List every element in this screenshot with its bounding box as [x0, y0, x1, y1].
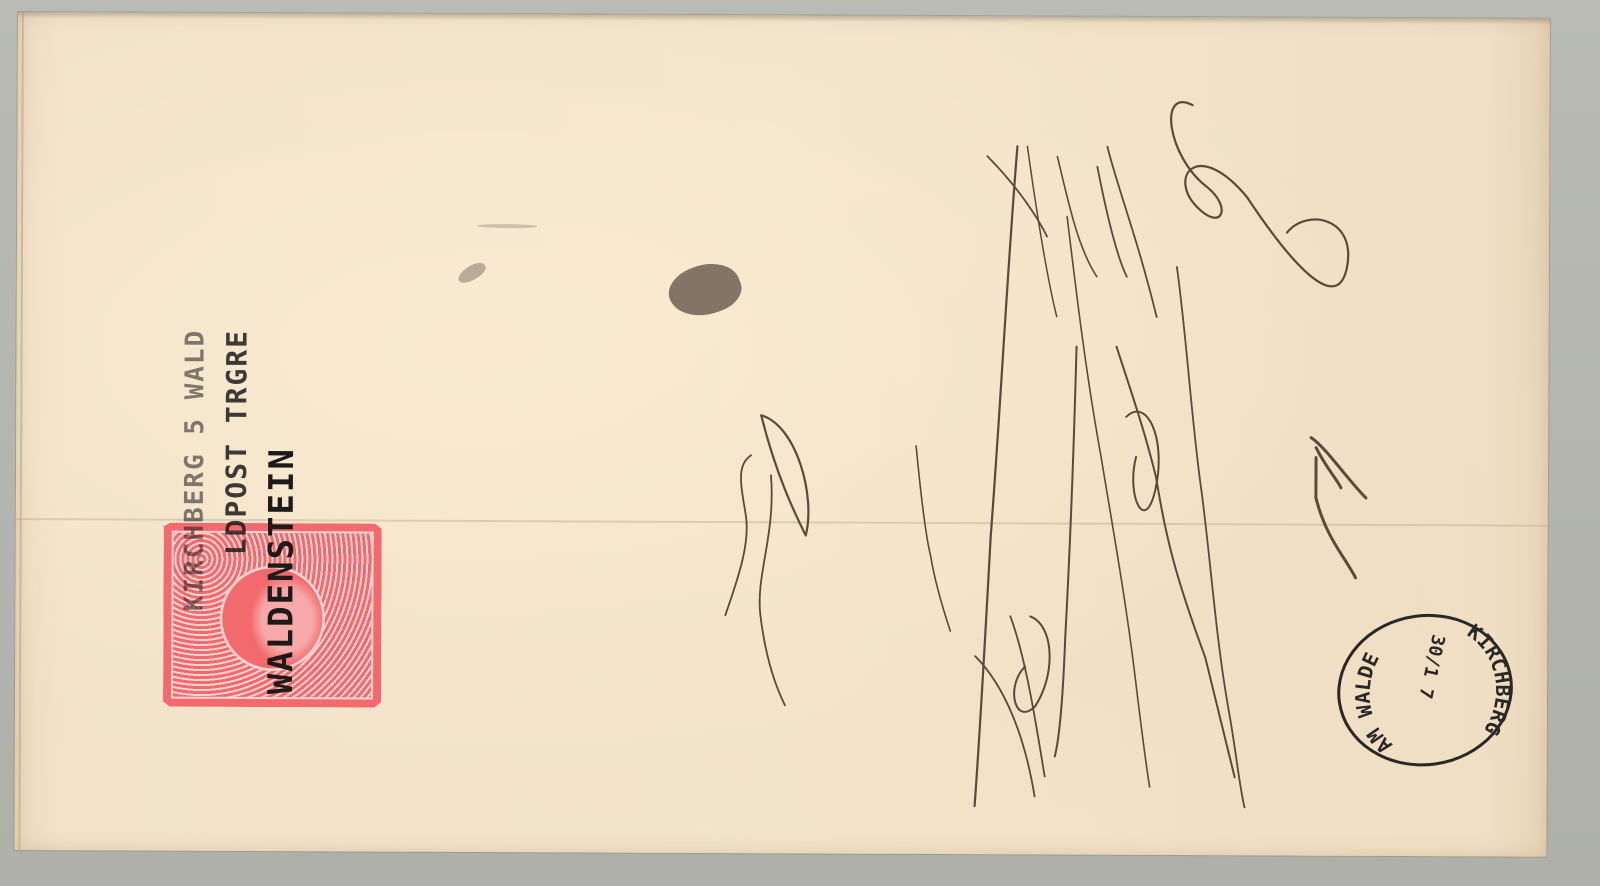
envelope-cover: 5 WALDENSTEIN LDPOST TRGRE KIRCHBERG 5 W… — [14, 12, 1550, 857]
